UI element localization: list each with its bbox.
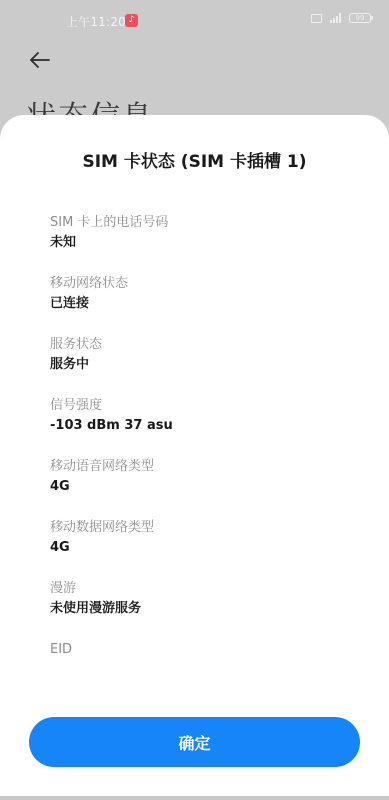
info-value: -103 dBm 37 asu: [50, 416, 350, 436]
sim-card-icon: [311, 14, 322, 23]
info-value: 未使用漫游服务: [50, 599, 350, 619]
info-value: 服务中: [50, 355, 350, 375]
info-value: 4G: [50, 477, 350, 497]
signal-strength-icon: [330, 13, 341, 23]
info-list: SIM 卡上的电话号码 未知 移动网络状态 已连接 服务状态 服务中 信号强度 …: [50, 213, 350, 701]
info-item-phone-number: SIM 卡上的电话号码 未知: [50, 213, 350, 274]
info-item-data-network-type: 移动数据网络类型 4G: [50, 518, 350, 579]
info-value: 4G: [50, 538, 350, 558]
info-item-network-state: 移动网络状态 已连接: [50, 274, 350, 335]
sim-status-dialog: SIM 卡状态 (SIM 卡插槽 1) SIM 卡上的电话号码 未知 移动网络状…: [0, 115, 389, 796]
navigation-bar: [0, 796, 389, 800]
info-item-service-state: 服务状态 服务中: [50, 335, 350, 396]
battery-icon: 99: [349, 13, 371, 23]
dialog-title: SIM 卡状态 (SIM 卡插槽 1): [0, 147, 389, 172]
info-item-roaming: 漫游 未使用漫游服务: [50, 579, 350, 640]
info-label: 移动数据网络类型: [50, 518, 350, 538]
music-app-icon: ♪: [125, 14, 138, 27]
info-label: 漫游: [50, 579, 350, 599]
info-value: 未知: [50, 233, 350, 253]
info-label: 服务状态: [50, 335, 350, 355]
info-label: 移动语音网络类型: [50, 457, 350, 477]
info-item-eid: EID: [50, 640, 350, 701]
back-arrow-icon[interactable]: [28, 48, 56, 74]
info-item-voice-network-type: 移动语音网络类型 4G: [50, 457, 350, 518]
status-time: 上午11:20: [66, 13, 126, 30]
status-icons: 99: [311, 13, 371, 23]
info-label: 移动网络状态: [50, 274, 350, 294]
info-label: 信号强度: [50, 396, 350, 416]
info-label: EID: [50, 640, 350, 660]
status-bar: 上午11:20 ♪ 99: [0, 0, 389, 42]
info-label: SIM 卡上的电话号码: [50, 213, 350, 233]
info-value: 已连接: [50, 294, 350, 314]
confirm-button[interactable]: 确定: [29, 717, 360, 767]
info-item-signal-strength: 信号强度 -103 dBm 37 asu: [50, 396, 350, 457]
